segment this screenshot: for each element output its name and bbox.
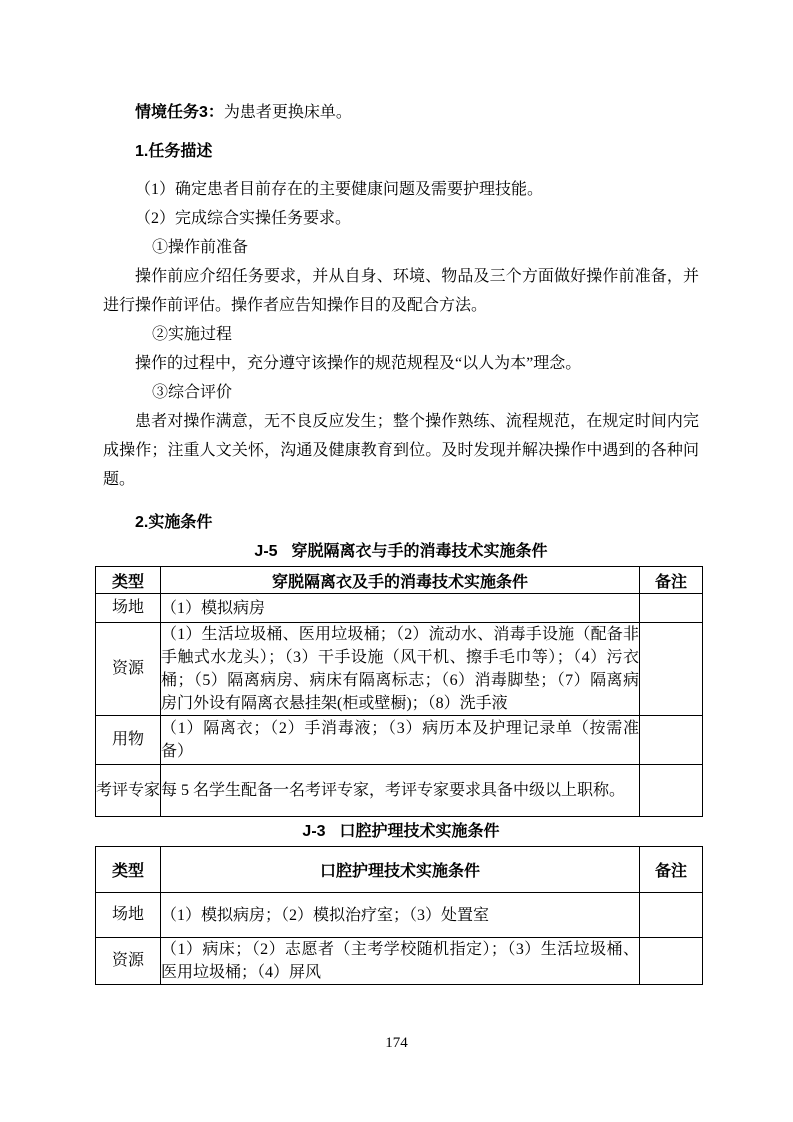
table-j5-row2-content: （1）生活垃圾桶、医用垃圾桶；（2）流动水、消毒手设施（配备非手触式水龙头）；（… (161, 623, 640, 716)
list-item-2: （2）完成综合实操任务要求。 (103, 204, 699, 233)
table-j5-row1-note (640, 594, 703, 623)
table-j3-header-type: 类型 (96, 847, 161, 893)
section-heading-task-description: 1.任务描述 (103, 137, 699, 166)
table-j3-row2-note (640, 938, 703, 985)
step-1-label: ①操作前准备 (103, 233, 699, 262)
page-number: 174 (0, 1033, 793, 1053)
table-j5-header-row: 类型 穿脱隔离衣及手的消毒技术实施条件 备注 (96, 567, 703, 594)
table-j5-row4-note (640, 765, 703, 817)
task-title-text: 为患者更换床单。 (224, 104, 352, 121)
table-row: 考评专家 每 5 名学生配备一名考评专家，考评专家要求具备中级以上职称。 (96, 765, 703, 817)
table-j3-row2-content: （1）病床；（2）志愿者（主考学校随机指定）；（3）生活垃圾桶、医用垃圾桶；（4… (161, 938, 640, 985)
table-j3-caption-label: J-3 (302, 823, 325, 840)
table-j5-row3-content: （1）隔离衣；（2）手消毒液；（3）病历本及护理记录单（按需准备） (161, 716, 640, 765)
table-j5-header-note: 备注 (640, 567, 703, 594)
task-title: 情境任务3：为患者更换床单。 (103, 98, 699, 127)
table-j5-header-condition: 穿脱隔离衣及手的消毒技术实施条件 (161, 567, 640, 594)
step-1-paragraph: 操作前应介绍任务要求，并从自身、环境、物品及三个方面做好操作前准备，并进行操作前… (103, 262, 699, 320)
section-heading-conditions: 2.实施条件 (103, 508, 699, 537)
table-row: 资源 （1）生活垃圾桶、医用垃圾桶；（2）流动水、消毒手设施（配备非手触式水龙头… (96, 623, 703, 716)
table-j3-caption-title: 口腔护理技术实施条件 (340, 823, 500, 840)
table-j3-caption: J-3口腔护理技术实施条件 (103, 817, 699, 846)
table-row: 资源 （1）病床；（2）志愿者（主考学校随机指定）；（3）生活垃圾桶、医用垃圾桶… (96, 938, 703, 985)
table-j5-header-type: 类型 (96, 567, 161, 594)
step-3-paragraph: 患者对操作满意，无不良反应发生；整个操作熟练、流程规范，在规定时间内完成操作；注… (103, 407, 699, 494)
table-row: 场地 （1）模拟病房 (96, 594, 703, 623)
table-j5-row3-type: 用物 (96, 716, 161, 765)
table-j5-row4-content: 每 5 名学生配备一名考评专家，考评专家要求具备中级以上职称。 (161, 765, 640, 817)
table-j5-row3-note (640, 716, 703, 765)
table-j3-header-row: 类型 口腔护理技术实施条件 备注 (96, 847, 703, 893)
table-j5-caption-label: J-5 (254, 543, 277, 560)
table-j5-row4-type: 考评专家 (96, 765, 161, 817)
document-page: 情境任务3：为患者更换床单。 1.任务描述 （1）确定患者目前存在的主要健康问题… (0, 0, 793, 1122)
table-j5: 类型 穿脱隔离衣及手的消毒技术实施条件 备注 场地 （1）模拟病房 资源 （1）… (95, 566, 703, 817)
task-title-label: 情境任务3： (135, 104, 224, 121)
table-j3-row2-type: 资源 (96, 938, 161, 985)
table-row: 用物 （1）隔离衣；（2）手消毒液；（3）病历本及护理记录单（按需准备） (96, 716, 703, 765)
table-j5-row1-type: 场地 (96, 594, 161, 623)
table-j5-caption: J-5穿脱隔离衣与手的消毒技术实施条件 (103, 537, 699, 566)
table-j3-header-note: 备注 (640, 847, 703, 893)
table-j3-row1-note (640, 893, 703, 938)
step-3-label: ③综合评价 (103, 378, 699, 407)
table-j5-row2-note (640, 623, 703, 716)
table-j3: 类型 口腔护理技术实施条件 备注 场地 （1）模拟病房；（2）模拟治疗室；（3）… (95, 846, 703, 985)
table-row: 场地 （1）模拟病房；（2）模拟治疗室；（3）处置室 (96, 893, 703, 938)
table-j3-row1-content: （1）模拟病房；（2）模拟治疗室；（3）处置室 (161, 893, 640, 938)
table-j3-header-condition: 口腔护理技术实施条件 (161, 847, 640, 893)
table-j5-caption-title: 穿脱隔离衣与手的消毒技术实施条件 (292, 543, 548, 560)
document-body: 情境任务3：为患者更换床单。 1.任务描述 （1）确定患者目前存在的主要健康问题… (103, 98, 699, 985)
step-2-paragraph: 操作的过程中，充分遵守该操作的规范规程及“以人为本”理念。 (103, 349, 699, 378)
list-item-1: （1）确定患者目前存在的主要健康问题及需要护理技能。 (103, 175, 699, 204)
table-j5-row2-type: 资源 (96, 623, 161, 716)
table-j3-row1-type: 场地 (96, 893, 161, 938)
step-2-label: ②实施过程 (103, 320, 699, 349)
table-j5-row1-content: （1）模拟病房 (161, 594, 640, 623)
